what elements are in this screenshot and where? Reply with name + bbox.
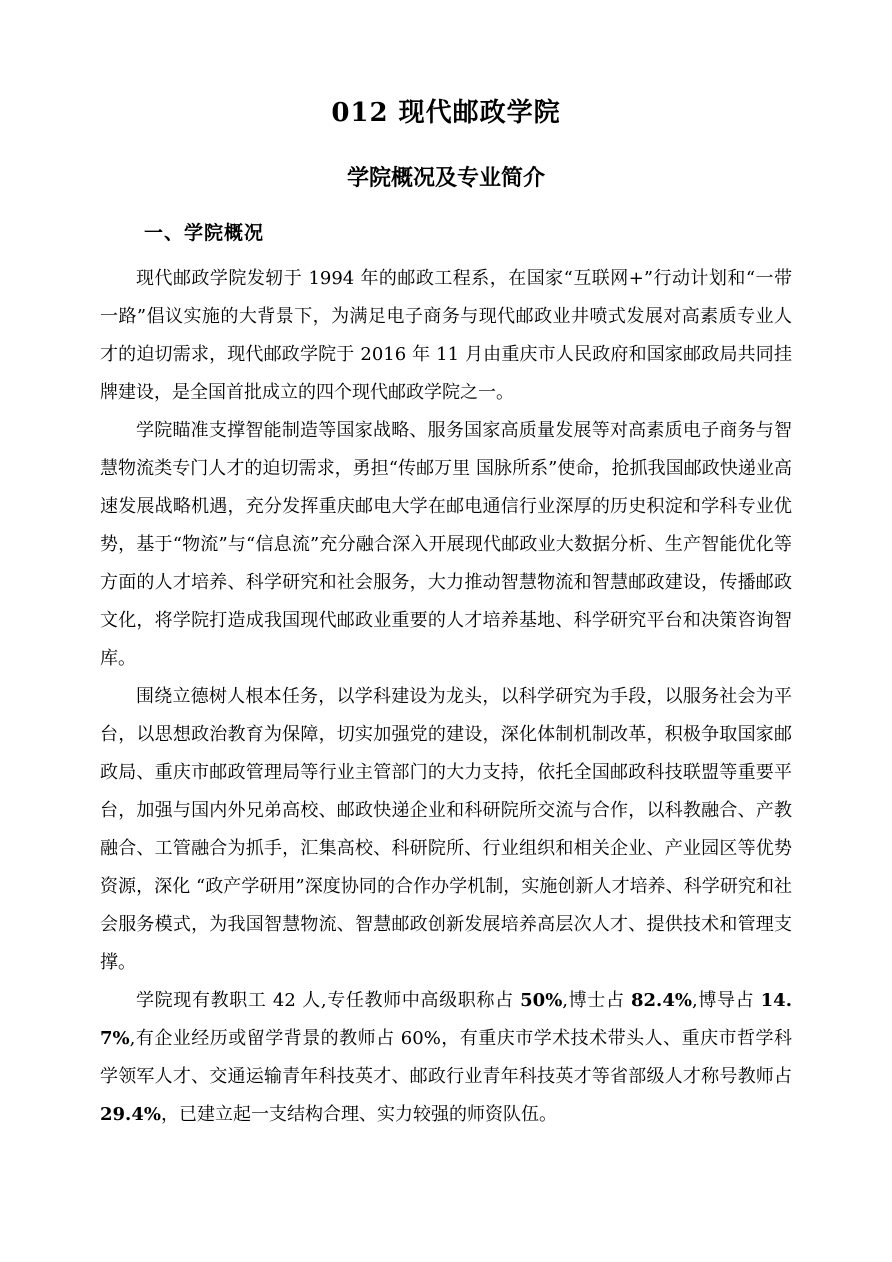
document-page: 012 现代邮政学院 学院概况及专业简介 一、学院概况 现代邮政学院发轫于 19… xyxy=(0,0,892,1262)
paragraph-text: ,有企业经历或留学背景的教师占 60%，有重庆市学术技术带头人、重庆市哲学科学领… xyxy=(100,1028,792,1087)
document-content: 012 现代邮政学院 学院概况及专业简介 一、学院概况 现代邮政学院发轫于 19… xyxy=(0,0,892,1134)
paragraph-text: 学院现有教职工 42 人,专任教师中高级职称占 xyxy=(136,990,520,1011)
document-title: 012 现代邮政学院 xyxy=(100,96,792,130)
paragraph-text: 现代邮政学院发轫于 1994 年的邮政工程系，在国家“互联网+”行动计划和“一带… xyxy=(100,268,792,403)
paragraph-text: ,博导占 xyxy=(692,990,761,1011)
paragraph-text: ，已建立起一支结构合理、实力较强的师资队伍。 xyxy=(161,1104,557,1125)
paragraph-text: ,博士占 xyxy=(562,990,631,1011)
document-paragraphs: 现代邮政学院发轫于 1994 年的邮政工程系，在国家“互联网+”行动计划和“一带… xyxy=(100,260,792,1134)
bold-statistic: 29.4% xyxy=(100,1104,161,1125)
paragraph: 学院瞄准支撑智能制造等国家战略、服务国家高质量发展等对高素质电子商务与智慧物流类… xyxy=(100,412,792,678)
section-heading: 一、学院概况 xyxy=(144,220,792,246)
paragraph: 学院现有教职工 42 人,专任教师中高级职称占 50%,博士占 82.4%,博导… xyxy=(100,982,792,1134)
bold-statistic: 50% xyxy=(520,990,562,1011)
paragraph-text: 围绕立德树人根本任务，以学科建设为龙头，以科学研究为手段，以服务社会为平台，以思… xyxy=(100,686,792,973)
paragraph: 现代邮政学院发轫于 1994 年的邮政工程系，在国家“互联网+”行动计划和“一带… xyxy=(100,260,792,412)
bold-statistic: 82.4% xyxy=(631,990,692,1011)
paragraph-text: 学院瞄准支撑智能制造等国家战略、服务国家高质量发展等对高素质电子商务与智慧物流类… xyxy=(100,420,792,669)
paragraph: 围绕立德树人根本任务，以学科建设为龙头，以科学研究为手段，以服务社会为平台，以思… xyxy=(100,678,792,982)
document-subtitle: 学院概况及专业简介 xyxy=(100,164,792,192)
